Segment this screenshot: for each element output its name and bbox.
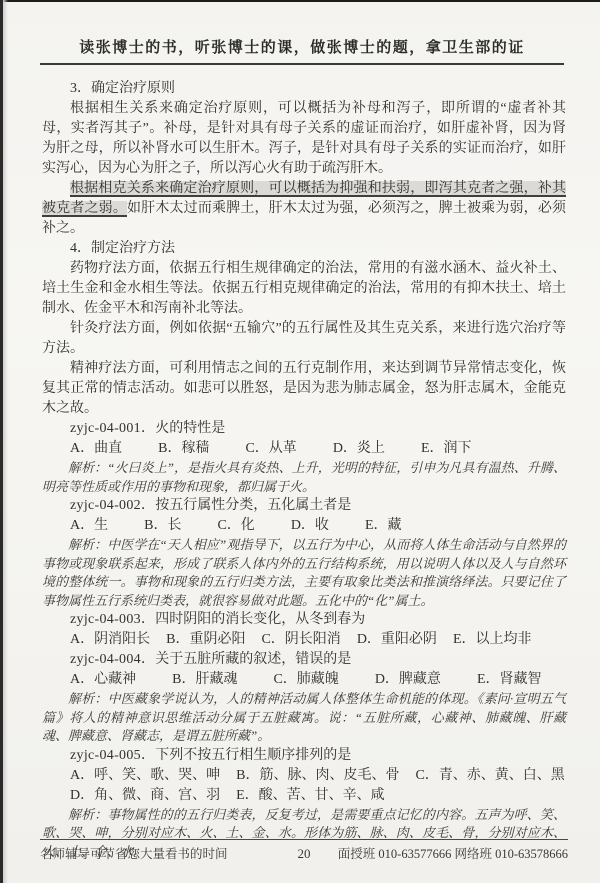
option-c: C．肺藏魄: [273, 670, 338, 690]
question-id: zyjc-04-004．: [70, 652, 155, 667]
option-c: C．化: [217, 516, 254, 536]
question-analysis: 解析：中医学在“天人相应”观指导下，以五行为中心，从而将人体生命活动与自然界的事…: [42, 536, 566, 610]
scanned-textbook-page: 读张博士的书，听张博士的课，做张博士的题，拿卫生部的证 3．确定治疗原则 根据相…: [0, 0, 600, 883]
options-row: A．曲直 B．稼穑 C．从革 D．炎上 E．润下: [42, 439, 566, 459]
section-4-paragraph-3: 精神疗法方面，可利用情志之间的五行克制作用，来达到调节异常情志变化，恢复其正常的…: [42, 359, 566, 419]
question-stem-line: zyjc-04-003．四时阴阳的消长变化，从冬到春为: [42, 610, 566, 630]
options-row: A．心藏神 B．肝藏魂 C．肺藏魄 D．脾藏意 E．肾藏智: [42, 670, 566, 690]
section-3-paragraph-2: 根据相克关系来确定治疗原则，可以概括为抑强和扶弱，即泻其克者之强，补其被克者之弱…: [42, 179, 566, 239]
section-4-paragraph-2: 针灸疗法方面，例如依据“五输穴”的五行属性及其生克关系，来进行选穴治疗等方法。: [42, 319, 566, 359]
option-d: D．炎上: [333, 439, 385, 459]
option-a: A．心藏神: [70, 670, 136, 690]
question-stem-line: zyjc-04-001．火的特性是: [42, 419, 566, 439]
option-e: E．酸、苦、甘、辛、咸: [236, 786, 385, 806]
options-row: A．生 B．长 C．化 D．收 E．藏: [42, 516, 566, 536]
footer-left-text: 名师辅导可节省您大量看书的时间: [40, 844, 274, 862]
option-a: A．阴消阳长: [70, 630, 150, 650]
question-stem-line: zyjc-04-005．下列不按五行相生顺序排列的是: [42, 746, 566, 766]
section-3-paragraph-1: 根据相生关系来确定治疗原则，可以概括为补母和泻子，即所谓的“虚者补其母，实者泻其…: [42, 99, 566, 179]
option-b: B．筋、脉、肉、皮毛、骨: [236, 766, 399, 786]
question-stem: 按五行属性分类，五化属土者是: [155, 498, 351, 513]
question-id: zyjc-04-003．: [70, 612, 155, 627]
question-analysis: 解析：“火曰炎上”，是指火具有炎热、上升，光明的特征，引申为凡具有温热、升腾、明…: [42, 459, 566, 496]
options-row: A．阴消阳长 B．重阴必阳 C．阴长阳消 D．重阳必阴 E．以上均非: [42, 630, 566, 650]
option-b: B．重阴必阳: [166, 630, 245, 650]
question-zyjc-04-003: zyjc-04-003．四时阴阳的消长变化，从冬到春为 A．阴消阳长 B．重阴必…: [42, 610, 566, 650]
question-id: zyjc-04-001．: [70, 421, 155, 436]
option-a: A．呼、笑、歌、哭、呻: [70, 766, 220, 786]
option-a: A．曲直: [70, 439, 122, 459]
section-4-title: 4．制定治疗方法: [42, 239, 566, 259]
option-c: C．从革: [245, 439, 296, 459]
question-stem: 下列不按五行相生顺序排列的是: [155, 748, 351, 763]
option-e: E．以上均非: [453, 630, 532, 650]
option-b: B．稼穑: [158, 439, 209, 459]
scan-edge-top: [0, 0, 600, 2]
section-4-paragraph-1: 药物疗法方面，依据五行相生规律确定的治法，常用的有滋水涵木、益火补土、培土生金和…: [42, 259, 566, 319]
page-number: 20: [274, 846, 334, 862]
section-3-title: 3．确定治疗原则: [42, 79, 566, 99]
option-b: B．长: [144, 516, 181, 536]
question-stem-line: zyjc-04-002．按五行属性分类，五化属土者是: [42, 496, 566, 516]
question-id: zyjc-04-005．: [70, 748, 155, 763]
question-analysis: 解析：中医藏象学说认为，人的精神活动属人体整体生命机能的体现。《素问·宣明五气篇…: [42, 690, 566, 746]
option-d: D．收: [291, 516, 329, 536]
option-c: C．青、赤、黄、白、黑: [415, 766, 564, 786]
options-row-1: A．呼、笑、歌、哭、呻 B．筋、脉、肉、皮毛、骨 C．青、赤、黄、白、黑: [42, 766, 566, 786]
option-d: D．角、微、商、宫、羽: [70, 786, 220, 806]
question-stem: 四时阴阳的消长变化，从冬到春为: [155, 612, 365, 627]
option-e: E．藏: [365, 516, 402, 536]
option-e: E．肾藏智: [477, 670, 542, 690]
question-zyjc-04-004: zyjc-04-004．关于五脏所藏的叙述，错误的是 A．心藏神 B．肝藏魂 C…: [42, 650, 566, 746]
page-content: 3．确定治疗原则 根据相生关系来确定治疗原则，可以概括为补母和泻子，即所谓的“虚…: [0, 65, 600, 861]
option-d: D．重阳必阴: [357, 630, 437, 650]
scan-edge-left: [0, 0, 3, 883]
option-b: B．肝藏魂: [172, 670, 237, 690]
question-id: zyjc-04-002．: [70, 498, 155, 513]
options-row-2: D．角、微、商、宫、羽 E．酸、苦、甘、辛、咸: [42, 786, 566, 806]
option-c: C．阴长阳消: [261, 630, 340, 650]
option-e: E．润下: [421, 439, 472, 459]
question-zyjc-04-001: zyjc-04-001．火的特性是 A．曲直 B．稼穑 C．从革 D．炎上 E．…: [42, 419, 566, 496]
option-d: D．脾藏意: [375, 670, 441, 690]
question-stem: 关于五脏所藏的叙述，错误的是: [155, 652, 351, 667]
option-a: A．生: [70, 516, 108, 536]
question-stem-line: zyjc-04-004．关于五脏所藏的叙述，错误的是: [42, 650, 566, 670]
footer-right-text: 面授班 010-63577666 网络班 010-63578666: [334, 844, 568, 862]
header-slogan: 读张博士的书，听张博士的课，做张博士的题，拿卫生部的证: [44, 36, 560, 57]
question-zyjc-04-002: zyjc-04-002．按五行属性分类，五化属土者是 A．生 B．长 C．化 D…: [42, 496, 566, 610]
question-stem: 火的特性是: [155, 421, 225, 436]
page-footer: 名师辅导可节省您大量看书的时间 20 面授班 010-63577666 网络班 …: [40, 839, 568, 862]
